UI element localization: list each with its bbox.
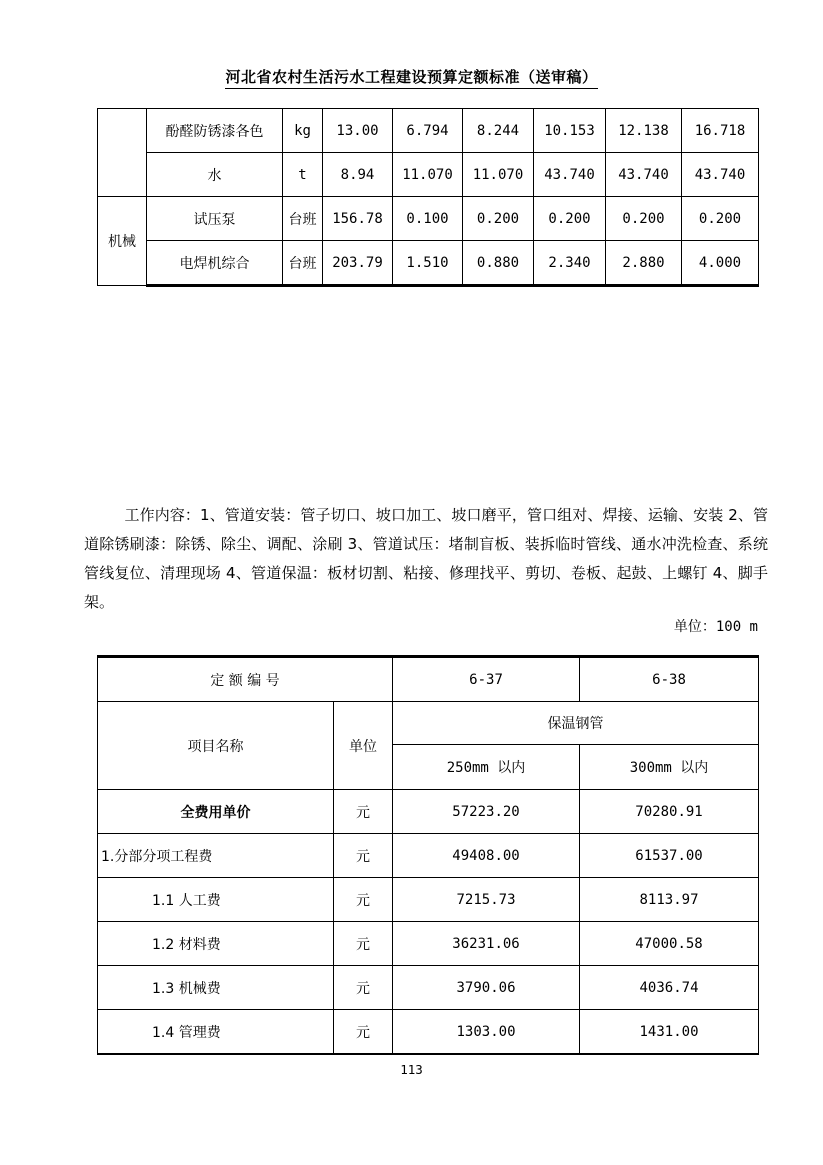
row-value-cell: 7215.73 — [393, 878, 580, 922]
table-row: 水 t 8.94 11.070 11.070 43.740 43.740 43.… — [98, 153, 759, 197]
value-cell: 0.200 — [606, 197, 682, 241]
table-row: 1.1 人工费 元 7215.73 8113.97 — [98, 878, 759, 922]
document-page: 河北省农村生活污水工程建设预算定额标准（送审稿） 酚醛防锈漆各色 kg 13.0… — [0, 0, 823, 1165]
value-cell: 4.000 — [682, 241, 759, 286]
category-cell-empty — [98, 109, 147, 197]
value-cell: 11.070 — [393, 153, 463, 197]
value-cell: 16.718 — [682, 109, 759, 153]
consumption-table: 酚醛防锈漆各色 kg 13.00 6.794 8.244 10.153 12.1… — [97, 108, 759, 287]
table-row: 1.分部分项工程费 元 49408.00 61537.00 — [98, 834, 759, 878]
price-cell: 8.94 — [323, 153, 393, 197]
price-cell: 203.79 — [323, 241, 393, 286]
row-name-cell: 1.分部分项工程费 — [98, 834, 334, 878]
unit-cell: kg — [283, 109, 323, 153]
value-cell: 0.100 — [393, 197, 463, 241]
row-unit-cell: 元 — [334, 922, 393, 966]
price-cell: 13.00 — [323, 109, 393, 153]
category-cell-machinery: 机械 — [98, 197, 147, 286]
page-title-text: 河北省农村生活污水工程建设预算定额标准（送审稿） — [225, 68, 597, 89]
table-row: 1.2 材料费 元 36231.06 47000.58 — [98, 922, 759, 966]
quota-table: 定 额 编 号 6-37 6-38 项目名称 单位 保温钢管 250mm 以内 … — [97, 655, 759, 1055]
quota-code-row: 定 额 编 号 6-37 6-38 — [98, 657, 759, 702]
table-row: 1.3 机械费 元 3790.06 4036.74 — [98, 966, 759, 1010]
unit-note: 单位：100 m — [97, 616, 758, 636]
row-value-cell: 57223.20 — [393, 790, 580, 834]
pipe-group-header-cell: 保温钢管 — [393, 702, 759, 745]
work-content-paragraph: 工作内容：1、管道安装：管子切口、坡口加工、坡口磨平，管口组对、焊接、运输、安装… — [84, 501, 768, 617]
row-unit-cell: 元 — [334, 790, 393, 834]
value-cell: 11.070 — [463, 153, 534, 197]
item-name-cell: 水 — [147, 153, 283, 197]
row-unit-cell: 元 — [334, 878, 393, 922]
item-name-cell: 试压泵 — [147, 197, 283, 241]
table-row: 1.4 管理费 元 1303.00 1431.00 — [98, 1010, 759, 1055]
value-cell: 43.740 — [682, 153, 759, 197]
row-unit-cell: 元 — [334, 834, 393, 878]
value-cell: 12.138 — [606, 109, 682, 153]
quota-code-cell: 6-37 — [393, 657, 580, 702]
row-value-cell: 8113.97 — [580, 878, 759, 922]
quota-code-label-cell: 定 额 编 号 — [98, 657, 393, 702]
row-name-cell: 1.2 材料费 — [98, 922, 334, 966]
unit-header-cell: 单位 — [334, 702, 393, 790]
row-name-cell: 1.4 管理费 — [98, 1010, 334, 1055]
table-row: 全费用单价 元 57223.20 70280.91 — [98, 790, 759, 834]
unit-cell: 台班 — [283, 197, 323, 241]
page-title: 河北省农村生活污水工程建设预算定额标准（送审稿） — [0, 66, 823, 87]
row-name-cell: 1.3 机械费 — [98, 966, 334, 1010]
row-value-cell: 4036.74 — [580, 966, 759, 1010]
row-value-cell: 49408.00 — [393, 834, 580, 878]
item-name-cell: 酚醛防锈漆各色 — [147, 109, 283, 153]
value-cell: 6.794 — [393, 109, 463, 153]
table-row: 酚醛防锈漆各色 kg 13.00 6.794 8.244 10.153 12.1… — [98, 109, 759, 153]
item-header-cell: 项目名称 — [98, 702, 334, 790]
header-row: 项目名称 单位 保温钢管 — [98, 702, 759, 745]
diameter-header-cell: 250mm 以内 — [393, 745, 580, 790]
unit-cell: 台班 — [283, 241, 323, 286]
value-cell: 0.200 — [534, 197, 606, 241]
row-value-cell: 1431.00 — [580, 1010, 759, 1055]
value-cell: 0.200 — [463, 197, 534, 241]
value-cell: 0.200 — [682, 197, 759, 241]
table-row: 机械 试压泵 台班 156.78 0.100 0.200 0.200 0.200… — [98, 197, 759, 241]
row-unit-cell: 元 — [334, 966, 393, 1010]
value-cell: 2.880 — [606, 241, 682, 286]
row-name-cell: 全费用单价 — [98, 790, 334, 834]
unit-cell: t — [283, 153, 323, 197]
value-cell: 2.340 — [534, 241, 606, 286]
value-cell: 1.510 — [393, 241, 463, 286]
row-name-cell: 1.1 人工费 — [98, 878, 334, 922]
row-value-cell: 1303.00 — [393, 1010, 580, 1055]
table-row: 电焊机综合 台班 203.79 1.510 0.880 2.340 2.880 … — [98, 241, 759, 286]
row-value-cell: 47000.58 — [580, 922, 759, 966]
value-cell: 43.740 — [606, 153, 682, 197]
row-value-cell: 70280.91 — [580, 790, 759, 834]
row-value-cell: 36231.06 — [393, 922, 580, 966]
value-cell: 0.880 — [463, 241, 534, 286]
value-cell: 43.740 — [534, 153, 606, 197]
page-number: 113 — [0, 1062, 823, 1077]
row-value-cell: 61537.00 — [580, 834, 759, 878]
row-value-cell: 3790.06 — [393, 966, 580, 1010]
diameter-header-cell: 300mm 以内 — [580, 745, 759, 790]
value-cell: 8.244 — [463, 109, 534, 153]
row-unit-cell: 元 — [334, 1010, 393, 1055]
price-cell: 156.78 — [323, 197, 393, 241]
item-name-cell: 电焊机综合 — [147, 241, 283, 286]
value-cell: 10.153 — [534, 109, 606, 153]
quota-code-cell: 6-38 — [580, 657, 759, 702]
